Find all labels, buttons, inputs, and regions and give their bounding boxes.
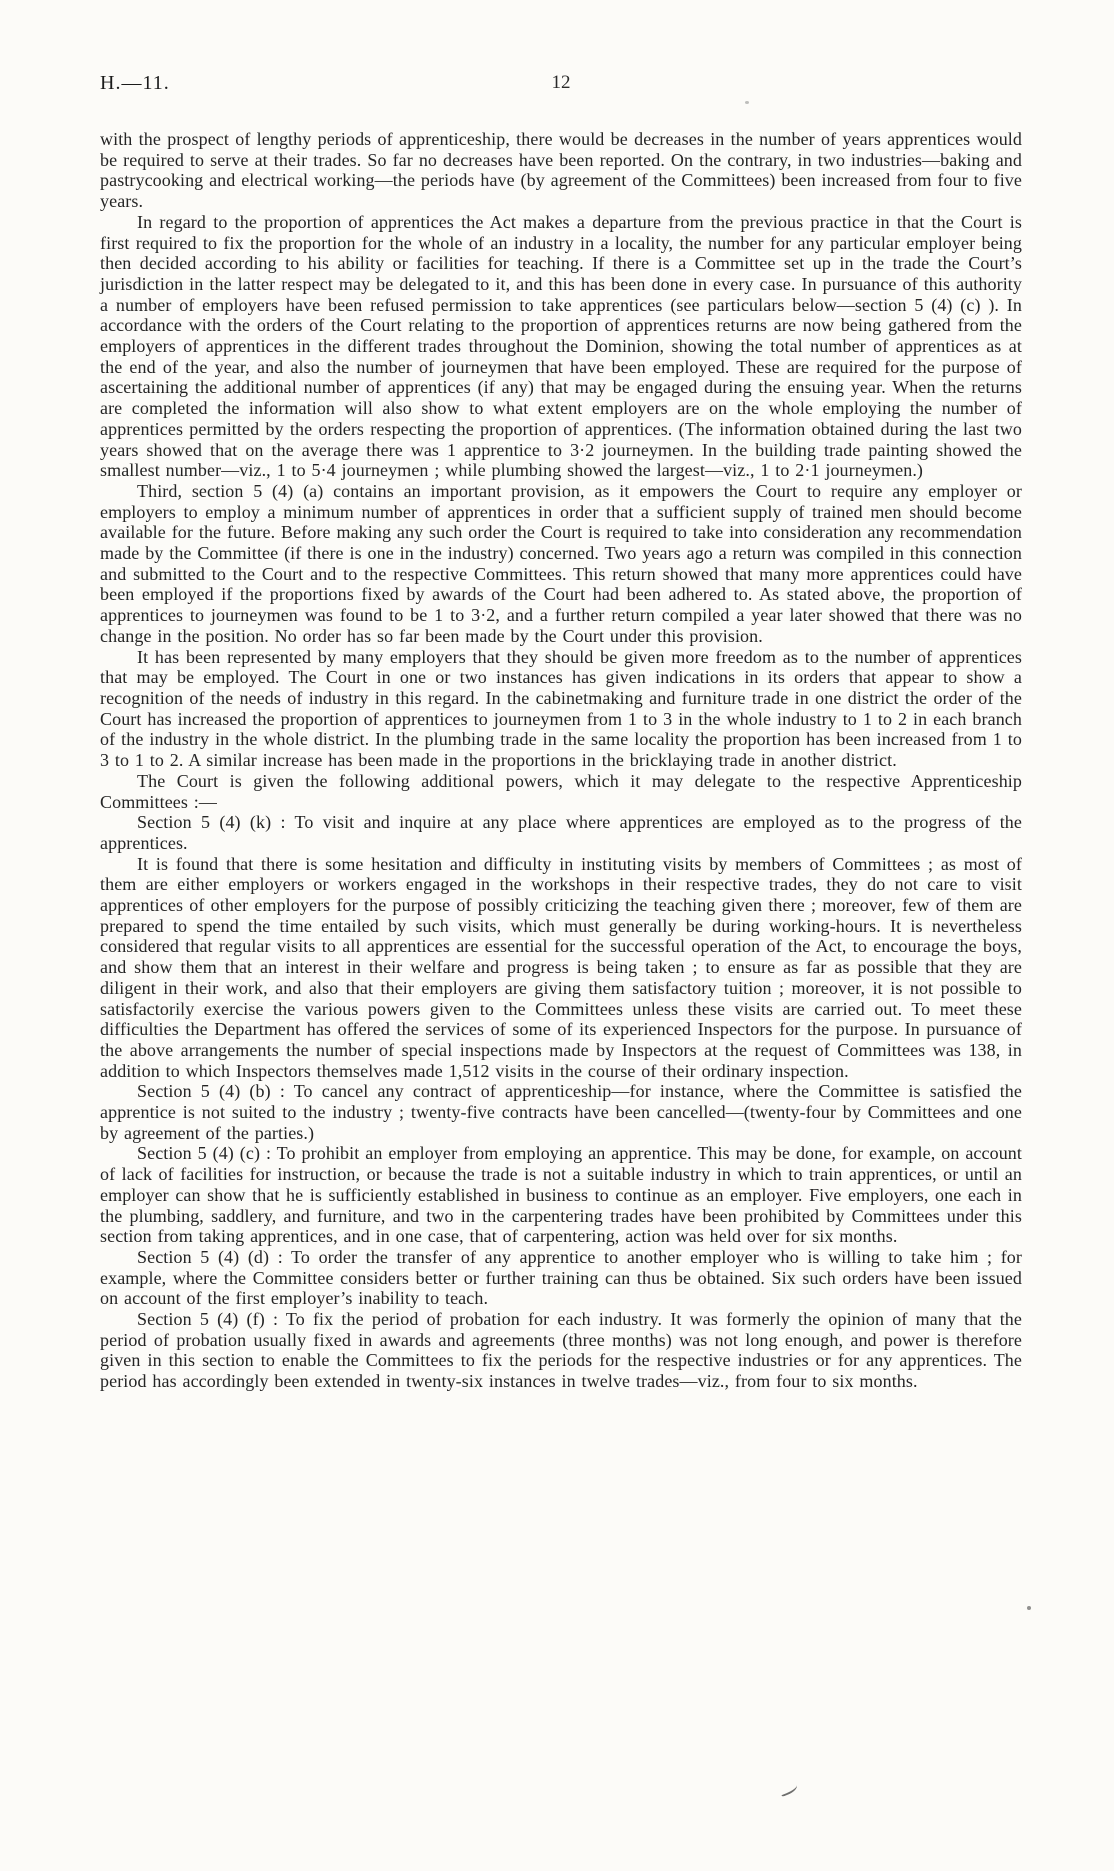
paragraph-section-5-4-a-minimum-apprentices: Third, section 5 (4) (a) contains an imp… (100, 481, 1022, 647)
report-number: H.—11. (100, 72, 170, 95)
document-page: H.—11. 12 with the prospect of lengthy p… (0, 0, 1114, 1871)
paragraph-section-5-4-f-probation-period: Section 5 (4) (f) : To fix the period of… (100, 1309, 1022, 1392)
page-header: H.—11. 12 (100, 72, 1022, 100)
document-body: with the prospect of lengthy periods of … (100, 129, 1022, 1392)
paragraph-apprenticeship-periods: with the prospect of lengthy periods of … (100, 129, 1022, 212)
paragraph-section-5-4-c-prohibit-employer: Section 5 (4) (c) : To prohibit an emplo… (100, 1143, 1022, 1247)
paragraph-employer-freedom: It has been represented by many employer… (100, 647, 1022, 771)
paragraph-proportion-of-apprentices: In regard to the proportion of apprentic… (100, 212, 1022, 481)
paragraph-inspection-difficulties: It is found that there is some hesitatio… (100, 854, 1022, 1082)
paragraph-section-5-4-k-visits: Section 5 (4) (k) : To visit and inquire… (100, 812, 1022, 853)
paragraph-additional-powers-intro: The Court is given the following additio… (100, 771, 1022, 812)
paragraph-section-5-4-b-cancel-contracts: Section 5 (4) (b) : To cancel any contra… (100, 1081, 1022, 1143)
ink-speck-artifact (1027, 1606, 1031, 1610)
ink-speck-artifact (745, 101, 749, 104)
page-number: 12 (552, 72, 571, 94)
pen-mark-artifact (779, 1783, 799, 1797)
paragraph-section-5-4-d-transfer-apprentice: Section 5 (4) (d) : To order the transfe… (100, 1247, 1022, 1309)
